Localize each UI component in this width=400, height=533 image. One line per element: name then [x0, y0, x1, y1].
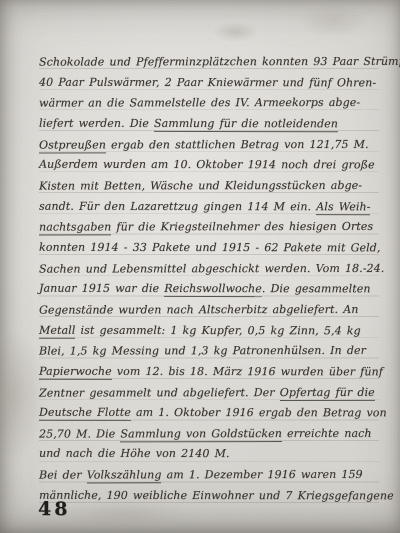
underlined-phrase: Volkszählung [87, 468, 162, 483]
text-segment: am 1. Oktober 1916 ergab den Betrag von [131, 406, 387, 419]
text-line: Schokolade und Pfefferminzplätzchen konn… [39, 52, 379, 73]
paper-stain [212, 22, 258, 42]
text-segment: Sachen und Lebensmittel abgeschickt werd… [39, 261, 384, 275]
page-number: 48 [38, 498, 70, 520]
text-segment: . Die gesammelten [262, 282, 371, 295]
text-line: Kisten mit Betten, Wäsche und Kleidungss… [39, 176, 379, 197]
text-segment: und nach die Höhe von 2140 M. [39, 447, 230, 460]
text-segment: am 1. Dezember 1916 waren 159 [161, 468, 362, 481]
text-segment: Kisten mit Betten, Wäsche und Kleidungss… [39, 179, 362, 193]
underlined-phrase: Opfertag für die [280, 385, 375, 400]
manuscript-page: Schokolade und Pfefferminzplätzchen konn… [0, 0, 400, 533]
underlined-phrase: Sammlung für die notleidenden [154, 117, 338, 132]
text-segment: Außerdem wurden am 10. Oktober 1914 noch… [39, 158, 375, 172]
text-line: Zentner gesammelt und abgeliefert. Der O… [39, 382, 379, 403]
text-segment: ist gesammelt: 1 kg Kupfer, 0,5 kg Zinn,… [75, 323, 360, 336]
text-segment: liefert werden. Die [39, 117, 154, 130]
text-segment: vom 12. bis 18. März 1916 wurden über fü… [112, 365, 383, 378]
underlined-phrase: Papierwoche [39, 365, 112, 380]
text-segment: erreichte nach [282, 427, 372, 440]
text-line: männliche, 190 weibliche Einwohner und 7… [39, 485, 379, 506]
text-line: Januar 1915 war die Reichswollwoche. Die… [39, 279, 379, 300]
text-segment: konnten 1914 - 33 Pakete und 1915 - 62 P… [39, 241, 380, 255]
underlined-phrase: Ostpreußen [39, 138, 106, 153]
text-line: und nach die Höhe von 2140 M. [39, 444, 379, 465]
text-line: konnten 1914 - 33 Pakete und 1915 - 62 P… [39, 238, 379, 259]
underlined-phrase: Reichswollwoche [164, 282, 262, 297]
text-segment: Blei, 1,5 kg Messing und 1,3 kg Patronen… [39, 344, 366, 358]
text-segment: Zentner gesammelt und abgeliefert. Der [39, 386, 280, 400]
text-line: Deutsche Flotte am 1. Oktober 1916 ergab… [39, 403, 379, 424]
underlined-phrase: nachtsgaben [39, 221, 111, 236]
underlined-phrase: Als Weih- [316, 200, 370, 215]
text-line: Ostpreußen ergab den stattlichen Betrag … [39, 134, 379, 155]
paper-stain [298, 4, 368, 38]
text-segment: 25,70 M. Die [39, 427, 120, 440]
text-segment: 40 Paar Pulswärmer, 2 Paar Kniewärmer un… [39, 75, 376, 89]
text-segment: Bei der [39, 469, 87, 482]
text-line: sandt. Für den Lazarettzug gingen 114 M … [39, 196, 379, 217]
text-line: 25,70 M. Die Sammlung von Goldstücken er… [39, 424, 379, 445]
text-line: nachtsgaben für die Kriegsteilnehmer des… [39, 217, 379, 238]
underlined-phrase: Deutsche Flotte [39, 406, 131, 421]
text-line: Bei der Volkszählung am 1. Dezember 1916… [39, 465, 379, 486]
underlined-phrase: Metall [39, 323, 75, 338]
text-segment: für die Kriegsteilnehmer des hiesigen Or… [111, 220, 373, 234]
text-segment: wärmer an die Sammelstelle des IV. Armee… [39, 96, 360, 110]
text-segment: männliche, 190 weibliche Einwohner und 7… [39, 488, 394, 502]
text-line: Gegenstände wurden nach Altscherbitz abg… [39, 300, 379, 321]
paper-stain [0, 330, 44, 460]
text-line: Außerdem wurden am 10. Oktober 1914 noch… [39, 155, 379, 176]
text-line: Metall ist gesammelt: 1 kg Kupfer, 0,5 k… [39, 320, 379, 341]
text-line: 40 Paar Pulswärmer, 2 Paar Kniewärmer un… [39, 72, 379, 93]
text-line: wärmer an die Sammelstelle des IV. Armee… [39, 93, 379, 114]
text-line: Blei, 1,5 kg Messing und 1,3 kg Patronen… [39, 341, 379, 362]
handwritten-text: Schokolade und Pfefferminzplätzchen konn… [39, 52, 379, 506]
text-segment: Schokolade und Pfefferminzplätzchen konn… [39, 55, 400, 69]
text-segment: sandt. Für den Lazarettzug gingen 114 M … [39, 199, 316, 212]
text-segment: Januar 1915 war die [39, 282, 164, 295]
text-segment: ergab den stattlichen Betrag von 121,75 … [106, 137, 369, 151]
text-segment: Gegenstände wurden nach Altscherbitz abg… [39, 303, 358, 317]
text-line: Sachen und Lebensmittel abgeschickt werd… [39, 258, 379, 279]
text-line: liefert werden. Die Sammlung für die not… [39, 114, 379, 135]
underlined-phrase: Sammlung von Goldstücken [120, 427, 282, 442]
text-line: Papierwoche vom 12. bis 18. März 1916 wu… [39, 362, 379, 383]
